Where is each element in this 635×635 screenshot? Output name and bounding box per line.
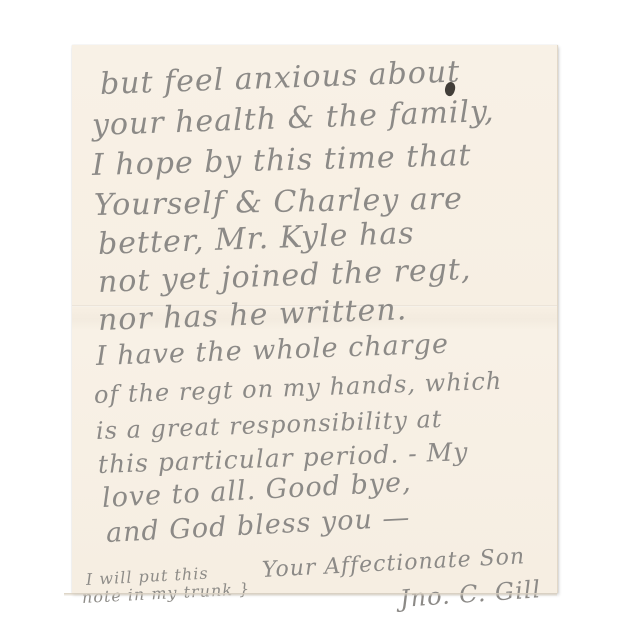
letter-page: but feel anxious about your health & the… xyxy=(72,45,558,593)
photo-stage: but feel anxious about your health & the… xyxy=(0,0,635,635)
letter-closing: Your Affectionate Son xyxy=(261,544,525,583)
letter-line-1: but feel anxious about xyxy=(99,54,460,102)
letter-line-9: of the regt on my hands, which xyxy=(94,367,503,409)
letter-line-2: your health & the family, xyxy=(91,94,495,143)
letter-line-3: I hope by this time that xyxy=(92,138,472,183)
letter-signature: Jno. C. Gill xyxy=(399,575,542,613)
